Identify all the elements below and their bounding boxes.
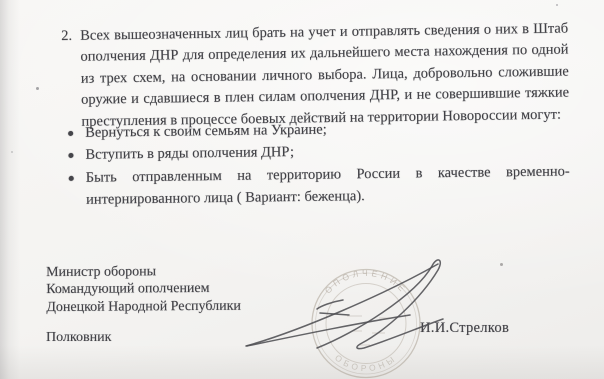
svg-text:ОБОРОНЫ: ОБОРОНЫ xyxy=(333,353,399,374)
paragraph-number: 2. xyxy=(61,26,82,133)
list-item: Быть отправленным на территорию России в… xyxy=(67,160,571,211)
scan-speck xyxy=(556,4,558,6)
handwritten-signature xyxy=(246,260,443,349)
bullet-icon xyxy=(69,176,74,181)
signatory-title-block: Министр обороны Командующий ополчением Д… xyxy=(46,263,241,316)
svg-text:ОПОЛЧЕНИЕ: ОПОЛЧЕНИЕ xyxy=(323,268,409,296)
signatory-title-line: Министр обороны xyxy=(46,263,241,282)
bullet-icon xyxy=(68,153,73,158)
signatory-title-line: Донецкой Народной Республики xyxy=(46,297,241,316)
scan-speck xyxy=(11,151,13,153)
options-bullet-list: Вернуться к своим семьям на Украине; Вст… xyxy=(66,115,570,211)
signatory-title-line: Командующий ополчением xyxy=(46,280,241,299)
scan-speck xyxy=(500,263,503,266)
bullet-text: Быть отправленным на территорию России в… xyxy=(86,160,571,211)
signatory-rank: Полковник xyxy=(46,330,111,346)
scanned-document-page: 2. Всех вышеозначенных лиц брать на учет… xyxy=(0,0,604,379)
signatory-name: И.И.Стрелков xyxy=(420,320,509,337)
stamp-arc-text-bottom: ОБОРОНЫ xyxy=(333,353,399,374)
bullet-icon xyxy=(68,131,73,136)
round-stamp-icon: ОПОЛЧЕНИЕ ОБОРОНЫ xyxy=(312,268,420,378)
stamp-arc-text-top: ОПОЛЧЕНИЕ xyxy=(323,268,409,296)
scan-speck xyxy=(36,87,39,90)
